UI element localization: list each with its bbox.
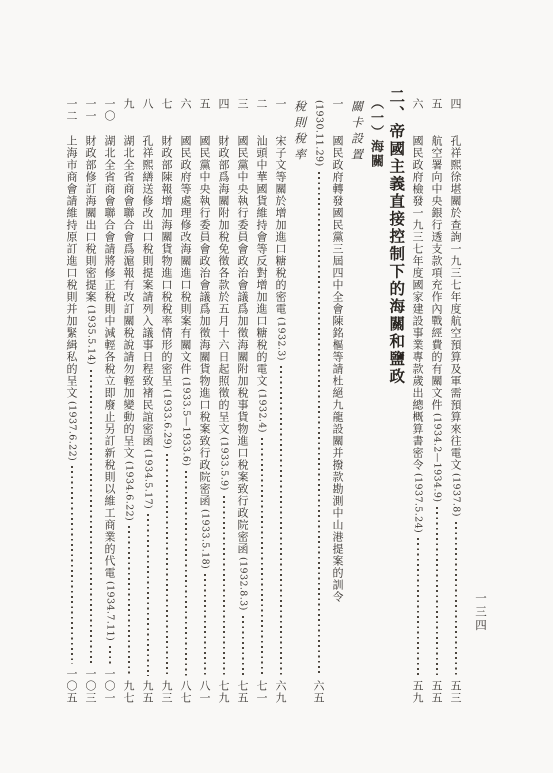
toc-item-page: 五五: [431, 680, 442, 704]
section-heading: 二、帝國主義直接控制下的海關和鹽政: [385, 0, 408, 704]
toc-item-number: 一一: [85, 98, 96, 135]
section-heading-text: 二、帝國主義直接控制下的海關和鹽政: [389, 88, 405, 386]
toc-item-title: 財政部陳報增加海關貨物進口稅稅率情形的密呈: [161, 135, 172, 387]
toc-item-title: 國民黨中央執行委員會政治會議爲加徵海關貨物進口稅案致行政院密函: [199, 135, 210, 507]
toc-item-date: (1933.5—1933.6): [181, 377, 191, 466]
scanned-toc-page: 一三四 四 孔祥熙徐堪關於查詢一九三七年度航空預算及軍需預算來往電文 (1937…: [0, 0, 553, 773]
toc-item: 九 湖北全省商會聯合會爲滬報有改訂關稅說請勿輕加變動的呈文 (1934.6.22…: [119, 0, 138, 704]
toc-item-title: 國民政府檢發一九三七年度國家建設事業專款歲出總概算書密令: [412, 135, 423, 471]
dotted-leader: [166, 454, 168, 676]
toc-item-date: (1935.5.14): [86, 305, 96, 365]
toc-item-number: 一: [332, 98, 343, 135]
dotted-leader: [417, 538, 419, 676]
toc-item-date: (1933.5.9): [219, 437, 229, 491]
toc-item-number: 二: [256, 98, 267, 135]
toc-item: 五 航空署向中央銀行透支款項充作內戰經費的有關文件 (1934.2—1934.9…: [427, 0, 446, 704]
toc-item-page: 一〇三: [85, 668, 96, 704]
toc-item: 一〇 湖北全省商會聯合會請將修正稅則中減輕各稅立即廢止另訂新稅則以維工商業的代電…: [100, 0, 119, 704]
toc-item: 四 孔祥熙徐堪關於查詢一九三七年度航空預算及軍需預算來往電文 (1937.8) …: [446, 0, 465, 704]
group-label-text: 稅則稅率: [294, 100, 306, 164]
toc-item-number: 三: [237, 98, 248, 135]
toc-item-date: (1934.6.22): [124, 461, 134, 521]
toc-item-date: (1932.4): [257, 389, 267, 433]
dotted-leader: [223, 496, 225, 676]
toc-item-date: (1934.5.17): [143, 449, 153, 509]
toc-item-title: 國民黨中央執行委員會政治會議爲加徵海關附加稅事貨物進口稅案致行政院密函: [237, 135, 248, 555]
toc-item-title: 宋子文等關於增加進口糖稅的密電: [275, 135, 286, 315]
toc-item-date: (1937.5.24): [413, 473, 423, 533]
toc-item-page: 九三: [161, 680, 172, 704]
toc-item-number: 四: [218, 98, 229, 135]
toc-item-date: (1933.6.29): [162, 389, 172, 449]
toc-item-title: 孔祥熙繕送修改出口稅則提案請列入議事日程致褚民誼密函: [142, 135, 153, 447]
toc-item-date: (1932.8.3): [238, 557, 248, 611]
dotted-leader: [204, 574, 206, 676]
toc-item-date: (1934.2—1934.9): [432, 413, 442, 502]
dotted-leader: [90, 370, 92, 664]
toc-item: 七 財政部陳報增加海關貨物進口稅稅率情形的密呈 (1933.6.29) 九三: [157, 0, 176, 704]
toc-item-page: 九五: [142, 680, 153, 704]
dotted-leader: [280, 366, 282, 676]
dotted-leader: [318, 172, 320, 676]
toc-item-number: 五: [431, 98, 442, 135]
toc-item-title: 上海市商會請維持原訂進口稅則并加緊緝私的呈文: [66, 135, 77, 399]
subsection-heading-text: （一）海關: [369, 96, 382, 169]
toc-item: 五 國民黨中央執行委員會政治會議爲加徵海關貨物進口稅案致行政院密函 (1933.…: [195, 0, 214, 704]
dotted-leader: [436, 507, 438, 676]
toc-columns: 四 孔祥熙徐堪關於查詢一九三七年度航空預算及軍需預算來往電文 (1937.8) …: [62, 0, 465, 704]
toc-item-title: 孔祥熙徐堪關於查詢一九三七年度航空預算及軍需預算來往電文: [450, 135, 461, 471]
dotted-leader: [185, 471, 187, 676]
toc-item-title: 湖北全省商會聯合會爲滬報有改訂關稅說請勿輕加變動的呈文: [123, 135, 134, 459]
toc-item-date: (1937.6.22): [67, 401, 77, 461]
dotted-leader: [128, 526, 130, 676]
toc-item-number: 八: [142, 98, 153, 135]
group-label: 稅則稅率: [290, 0, 309, 704]
group-label-text: 關卡設置: [351, 100, 363, 164]
toc-item: 三 國民黨中央執行委員會政治會議爲加徵海關附加稅事貨物進口稅案致行政院密函 (1…: [233, 0, 252, 704]
toc-item-date: (1934.7.11): [105, 581, 115, 641]
toc-item-number: 七: [161, 98, 172, 135]
toc-item-title: 汕頭中華國貨維持會等反對增加進口糖稅的電文: [256, 135, 267, 387]
toc-item: 一二 上海市商會請維持原訂進口稅則并加緊緝私的呈文 (1937.6.22) 一〇…: [62, 0, 81, 704]
toc-item-page: 五三: [450, 680, 461, 704]
toc-item-date: (1937.8): [451, 473, 461, 517]
dotted-leader: [147, 514, 149, 676]
toc-item: 二 汕頭中華國貨維持會等反對增加進口糖稅的電文 (1932.4) 七一: [252, 0, 271, 704]
toc-item-title: 財政部爲海關附加稅免徵各款於五月十六日起照徵的呈文: [218, 135, 229, 435]
toc-item-page: 七九: [218, 680, 229, 704]
toc-item: 八 孔祥熙繕送修改出口稅則提案請列入議事日程致褚民誼密函 (1934.5.17)…: [138, 0, 157, 704]
toc-item-number: 一二: [66, 98, 77, 135]
toc-item-number: 六: [412, 98, 423, 135]
toc-item-page: 一〇一: [104, 668, 115, 704]
toc-item-title: 國民政府等處理修改海關進口稅則案有關文件: [180, 135, 191, 375]
subsection-heading: （一）海關: [366, 0, 385, 704]
toc-item-page: 八七: [180, 680, 191, 704]
toc-item-number: 一: [275, 98, 286, 135]
toc-item-page: 六五: [313, 680, 324, 704]
toc-item-date: (1932.3): [276, 317, 286, 361]
toc-item-continuation: (1930.11.29) 六五: [309, 0, 328, 704]
book-page-number: 一三四: [473, 592, 489, 633]
toc-item-page: 八一: [199, 680, 210, 704]
toc-item-number: 六: [180, 98, 191, 135]
toc-item-page: 七五: [237, 680, 248, 704]
dotted-leader: [109, 646, 111, 664]
toc-item-number: 九: [123, 98, 134, 135]
dotted-leader: [242, 616, 244, 676]
dotted-leader: [261, 438, 263, 676]
group-label: 關卡設置: [347, 0, 366, 704]
dotted-leader: [71, 466, 73, 664]
toc-item-date: (1930.11.29): [314, 100, 324, 167]
toc-item-title: 湖北全省商會聯合會請將修正稅則中減輕各稅立即廢止另訂新稅則以維工商業的代電: [104, 135, 115, 579]
toc-item: 一 國民政府轉發國民黨三屆四中全會陳銘樞等請杜絕九龍設關并撥款勘測中山港提案的訓…: [328, 0, 347, 704]
toc-item-page: 九七: [123, 680, 134, 704]
toc-item-number: 一〇: [104, 98, 115, 135]
toc-item-page: 五九: [412, 680, 423, 704]
toc-item-number: 四: [450, 98, 461, 135]
toc-item-page: 七一: [256, 680, 267, 704]
toc-item-title: 國民政府轉發國民黨三屆四中全會陳銘樞等請杜絕九龍設關并撥款勘測中山港提案的訓令: [332, 135, 343, 603]
toc-item-date: (1933.5.18): [200, 509, 210, 569]
toc-item: 四 財政部爲海關附加稅免徵各款於五月十六日起照徵的呈文 (1933.5.9) 七…: [214, 0, 233, 704]
toc-item-title: 航空署向中央銀行透支款項充作內戰經費的有關文件: [431, 135, 442, 411]
toc-item: 一 宋子文等關於增加進口糖稅的密電 (1932.3) 六九: [271, 0, 290, 704]
toc-item: 一一 財政部修訂海關出口稅則密提案 (1935.5.14) 一〇三: [81, 0, 100, 704]
toc-item-page: 六九: [275, 680, 286, 704]
toc-item: 六 國民政府等處理修改海關進口稅則案有關文件 (1933.5—1933.6) 八…: [176, 0, 195, 704]
toc-item-number: 五: [199, 98, 210, 135]
dotted-leader: [455, 522, 457, 676]
toc-item-title: 財政部修訂海關出口稅則密提案: [85, 135, 96, 303]
toc-item-page: 一〇五: [66, 668, 77, 704]
toc-item: 六 國民政府檢發一九三七年度國家建設事業專款歲出總概算書密令 (1937.5.2…: [408, 0, 427, 704]
